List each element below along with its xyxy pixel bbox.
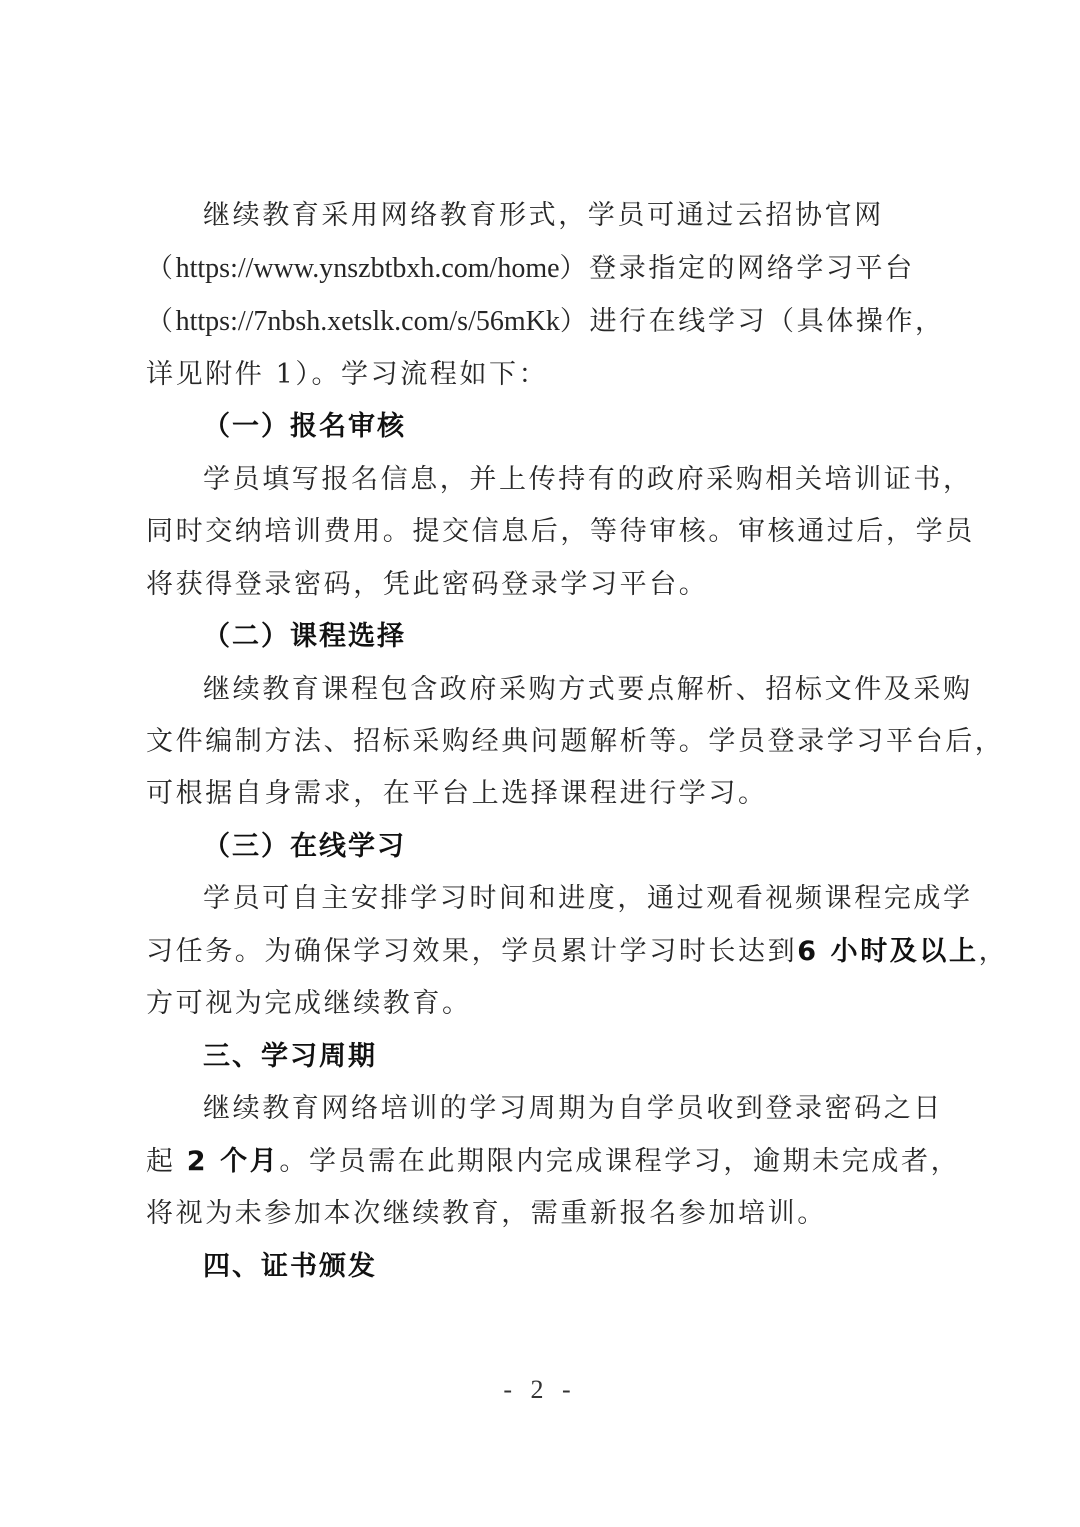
section-2-line-1: 继续教育课程包含政府采购方式要点解析、招标文件及采购: [203, 670, 1003, 710]
page-number: - 2 -: [0, 1375, 1080, 1405]
chapter-4-heading: 四、证书颁发: [203, 1247, 1003, 1287]
document-page: 继续教育采用网络教育形式，学员可通过云招协官网 （https://www.yns…: [0, 0, 1080, 1527]
platform-url-link[interactable]: https://7nbsh.xetslk.com/s/56mKk: [176, 306, 560, 337]
intro-line-2: （https://www.ynszbtbxh.com/home）登录指定的网络学…: [146, 249, 946, 289]
study-hours-requirement: 6 小时及以上: [797, 936, 978, 967]
section-1-heading: （一）报名审核: [203, 407, 1003, 447]
intro-line-2-tail: ）登录指定的网络学习平台: [560, 253, 915, 284]
section-2-line-3: 可根据自身需求，在平台上选择课程进行学习。: [146, 774, 946, 814]
intro-line-3: （https://7nbsh.xetslk.com/s/56mKk）进行在线学习…: [146, 302, 946, 342]
intro-line-4: 详见附件 1）。学习流程如下：: [146, 355, 946, 395]
section-3-heading: （三）在线学习: [203, 827, 1003, 867]
paren-open: （: [146, 306, 176, 337]
paren-open: （: [146, 253, 176, 284]
section-1-line-2: 同时交纳培训费用。提交信息后，等待审核。审核通过后，学员: [146, 512, 946, 552]
website-url-link[interactable]: https://www.ynszbtbxh.com/home: [176, 253, 560, 284]
chapter-3-line-1: 继续教育网络培训的学习周期为自学员收到登录密码之日: [203, 1089, 1003, 1129]
section-1-line-3: 将获得登录密码，凭此密码登录学习平台。: [146, 565, 946, 605]
intro-line-1: 继续教育采用网络教育形式，学员可通过云招协官网: [203, 196, 1003, 236]
section-2-line-2: 文件编制方法、招标采购经典问题解析等。学员登录学习平台后，: [146, 722, 946, 762]
section-3-line-2-pre: 习任务。为确保学习效果，学员累计学习时长达到: [146, 936, 797, 967]
section-3-line-2-post: ，: [979, 936, 1009, 967]
section-2-heading: （二）课程选择: [203, 617, 1003, 657]
chapter-3-line-3: 将视为未参加本次继续教育，需重新报名参加培训。: [146, 1194, 946, 1234]
chapter-3-heading: 三、学习周期: [203, 1037, 1003, 1077]
study-period-duration: 2 个月: [187, 1146, 280, 1177]
chapter-3-line-2-post: 。学员需在此期限内完成课程学习，逾期未完成者，: [279, 1146, 960, 1177]
section-3-line-2: 习任务。为确保学习效果，学员累计学习时长达到6 小时及以上，: [146, 932, 946, 972]
section-1-line-1: 学员填写报名信息，并上传持有的政府采购相关培训证书，: [203, 460, 1003, 500]
section-3-line-3: 方可视为完成继续教育。: [146, 984, 946, 1024]
intro-line-3-tail: ）进行在线学习（具体操作，: [560, 306, 945, 337]
section-3-line-1: 学员可自主安排学习时间和进度，通过观看视频课程完成学: [203, 879, 1003, 919]
chapter-3-line-2-pre: 起: [146, 1146, 187, 1177]
chapter-3-line-2: 起 2 个月。学员需在此期限内完成课程学习，逾期未完成者，: [146, 1142, 946, 1182]
